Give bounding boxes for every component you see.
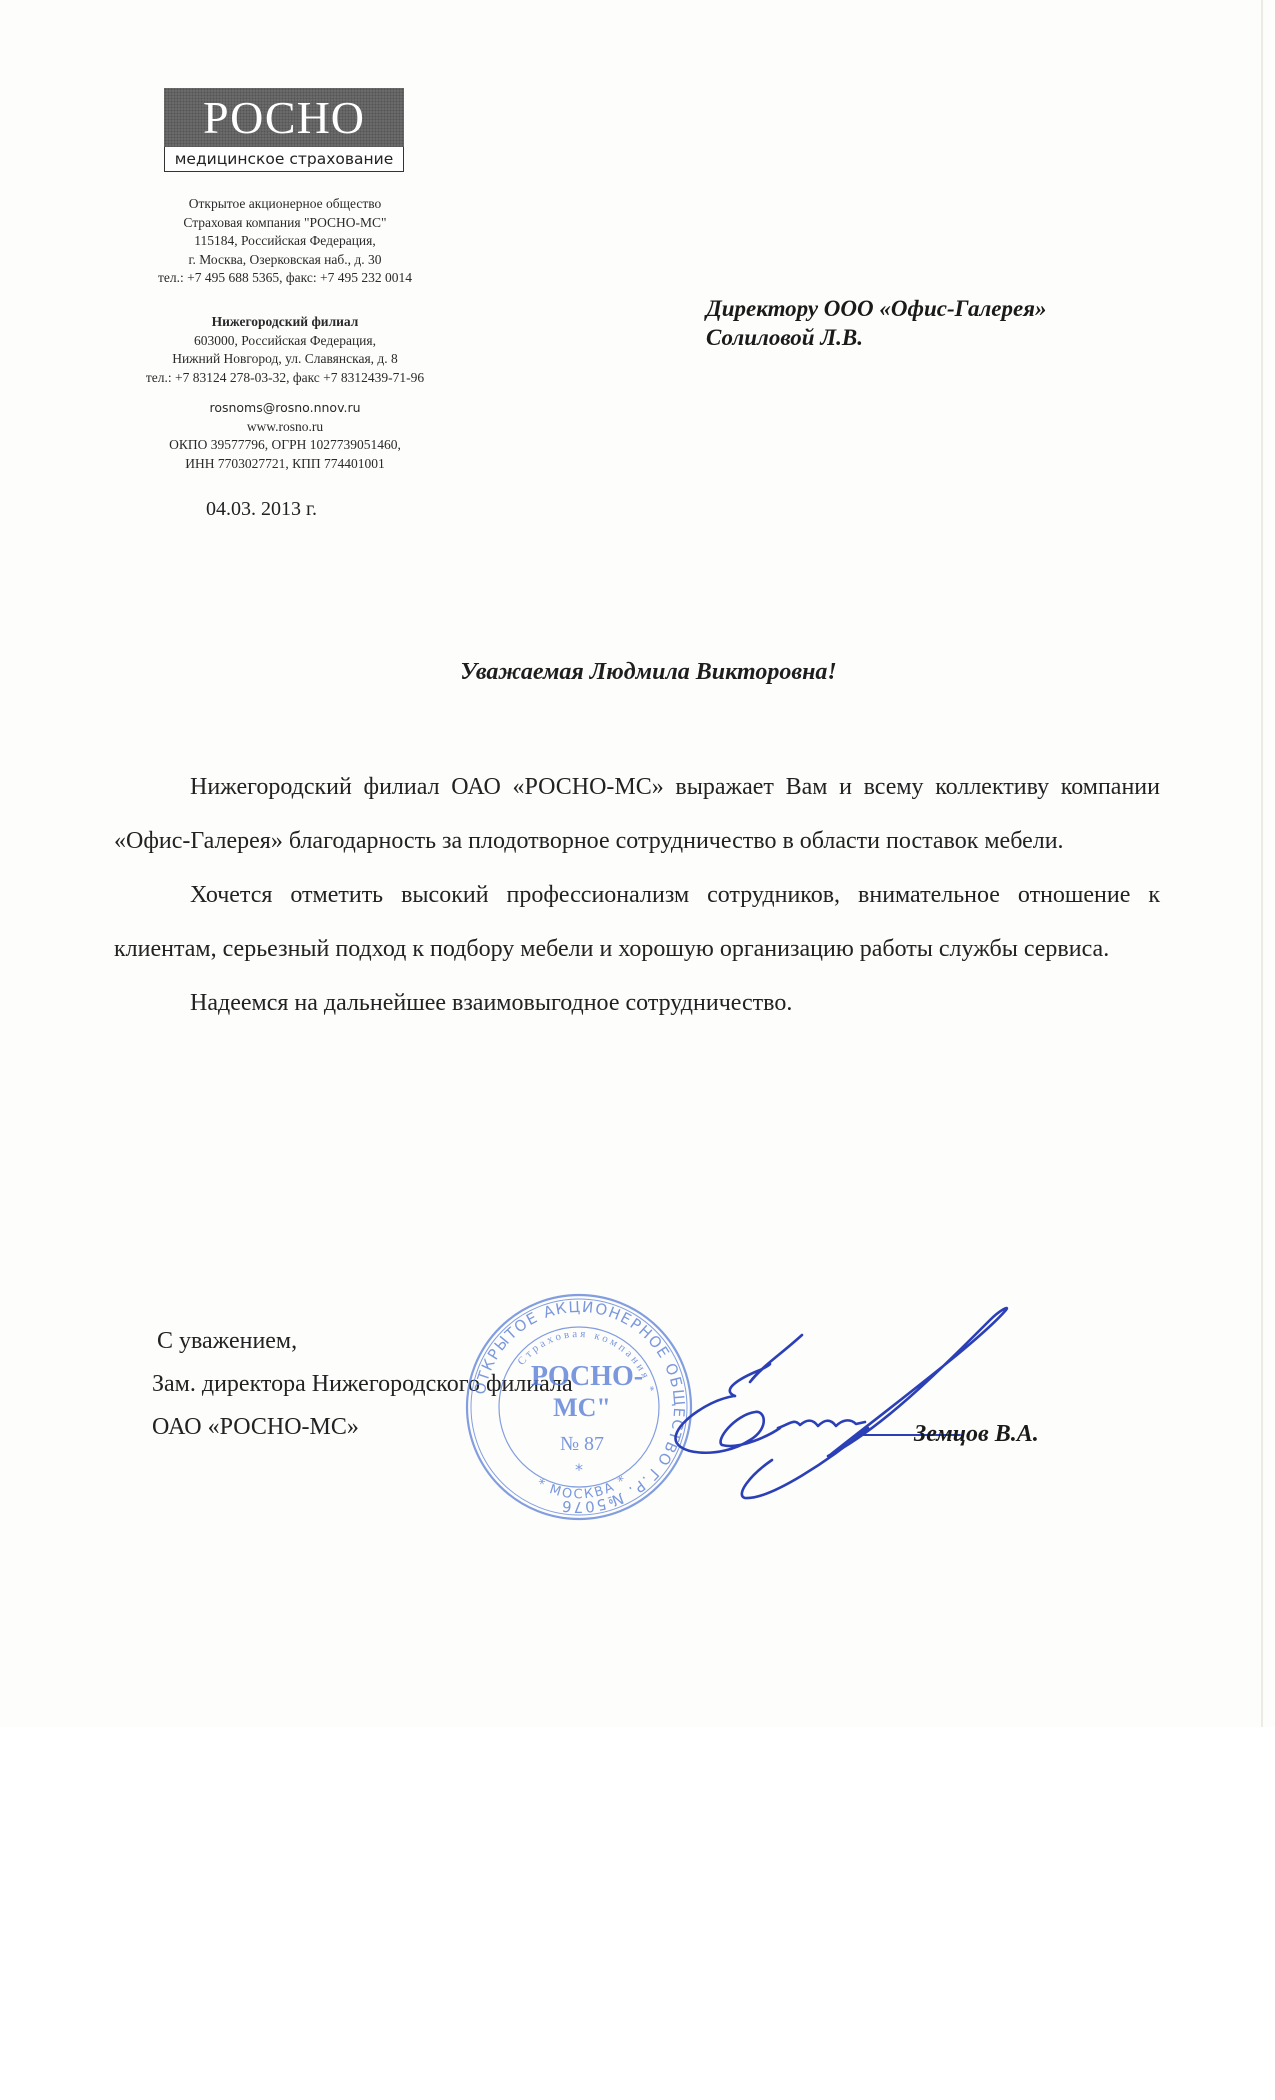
signer-name: Земцов В.А.	[914, 1421, 1039, 1448]
logo-brand-box: РОСНО	[164, 88, 404, 147]
branch-line: 603000, Российская Федерация,	[90, 332, 480, 351]
head-office-details: Открытое акционерное общество Страховая …	[90, 195, 480, 288]
salutation: Уважаемая Людмила Викторовна!	[0, 659, 1275, 686]
addressee: Директору ООО «Офис-Галерея» Солиловой Л…	[706, 294, 1047, 352]
scanned-letter-page: РОСНО медицинское страхование Открытое а…	[0, 0, 1275, 1727]
branch-line: тел.: +7 83124 278-03-32, факс +7 831243…	[90, 369, 480, 388]
body-paragraph: Надеемся на дальнейшее взаимовыгодное со…	[114, 976, 1160, 1030]
logo-brand: РОСНО	[203, 95, 365, 141]
org-line: Страховая компания "РОСНО-МС"	[90, 214, 480, 233]
org-line: Открытое акционерное общество	[90, 195, 480, 214]
svg-text:РОСНО-: РОСНО-	[531, 1361, 643, 1392]
contact-details: rosnoms@rosno.nnov.ru www.rosno.ru ОКПО …	[90, 399, 480, 473]
org-line: г. Москва, Озерковская наб., д. 30	[90, 251, 480, 270]
rosno-logo: РОСНО медицинское страхование	[164, 88, 404, 172]
logo-subtitle: медицинское страхование	[175, 150, 394, 168]
addressee-line-1: Директору ООО «Офис-Галерея»	[706, 294, 1047, 323]
website: www.rosno.ru	[90, 418, 480, 437]
registration-codes: ОКПО 39577796, ОГРН 1027739051460,	[90, 436, 480, 455]
svg-text:№ 87: № 87	[560, 1433, 604, 1455]
branch-details: Нижегородский филиал 603000, Российская …	[90, 313, 480, 387]
org-line: тел.: +7 495 688 5365, факс: +7 495 232 …	[90, 269, 480, 288]
svg-text:МС": МС"	[553, 1393, 611, 1422]
letter-date: 04.03. 2013 г.	[206, 498, 317, 521]
scan-edge	[1261, 0, 1263, 1727]
body-paragraph: Нижегородский филиал ОАО «РОСНО-МС» выра…	[114, 760, 1160, 868]
addressee-line-2: Солиловой Л.В.	[706, 323, 1047, 352]
svg-text:*: *	[575, 1460, 583, 1479]
body-paragraph: Хочется отметить высокий профессионализм…	[114, 868, 1160, 976]
handwritten-signature-icon	[660, 1300, 1100, 1520]
branch-line: Нижний Новгород, ул. Славянская, д. 8	[90, 350, 480, 369]
email: rosnoms@rosno.nnov.ru	[90, 399, 480, 418]
org-line: 115184, Российская Федерация,	[90, 232, 480, 251]
registration-codes: ИНН 7703027721, КПП 774401001	[90, 455, 480, 474]
letter-body: Нижегородский филиал ОАО «РОСНО-МС» выра…	[114, 760, 1160, 1030]
branch-name: Нижегородский филиал	[90, 313, 480, 332]
logo-subtitle-box: медицинское страхование	[164, 147, 404, 172]
